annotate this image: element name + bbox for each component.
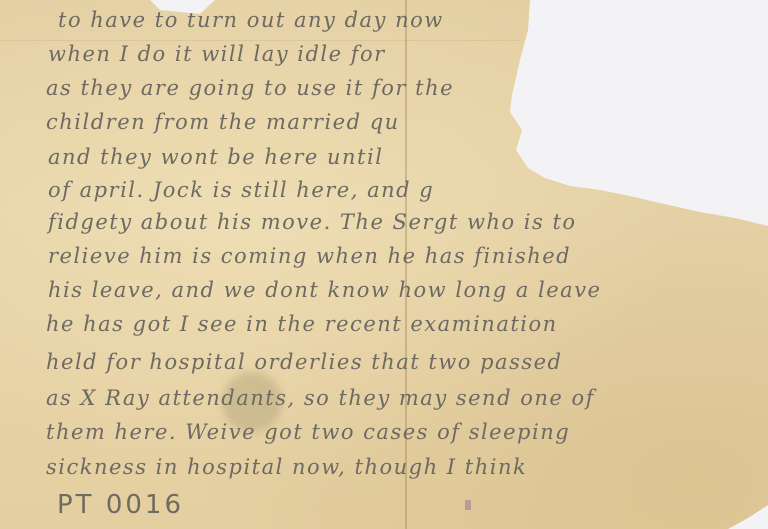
text-line: as they are going to use it for the [46, 76, 454, 100]
text-line: relieve him is coming when he has finish… [48, 244, 571, 268]
text-line: them here. Weive got two cases of sleepi… [46, 420, 570, 444]
fold-crease-horizontal [0, 40, 520, 41]
text-line: his leave, and we dont know how long a l… [48, 278, 601, 302]
archive-reference-number: PT 0016 [57, 490, 184, 520]
paper-sheet: to have to turn out any day now when I d… [0, 0, 768, 529]
text-line: he has got I see in the recent examinati… [46, 312, 558, 336]
text-line: sickness in hospital now, though I think [46, 455, 527, 479]
text-line: children from the married qu [46, 110, 400, 134]
ink-mark [465, 500, 471, 510]
text-line: held for hospital orderlies that two pas… [46, 350, 563, 374]
text-line: as X Ray attendants, so they may send on… [46, 386, 595, 410]
text-line: of april. Jock is still here, and g [48, 178, 434, 202]
text-line: and they wont be here until [48, 145, 383, 169]
text-line: to have to turn out any day now [58, 8, 444, 32]
text-line: when I do it will lay idle for [48, 42, 386, 66]
letter-page: to have to turn out any day now when I d… [0, 0, 768, 529]
text-line: fidgety about his move. The Sergt who is… [48, 210, 577, 234]
